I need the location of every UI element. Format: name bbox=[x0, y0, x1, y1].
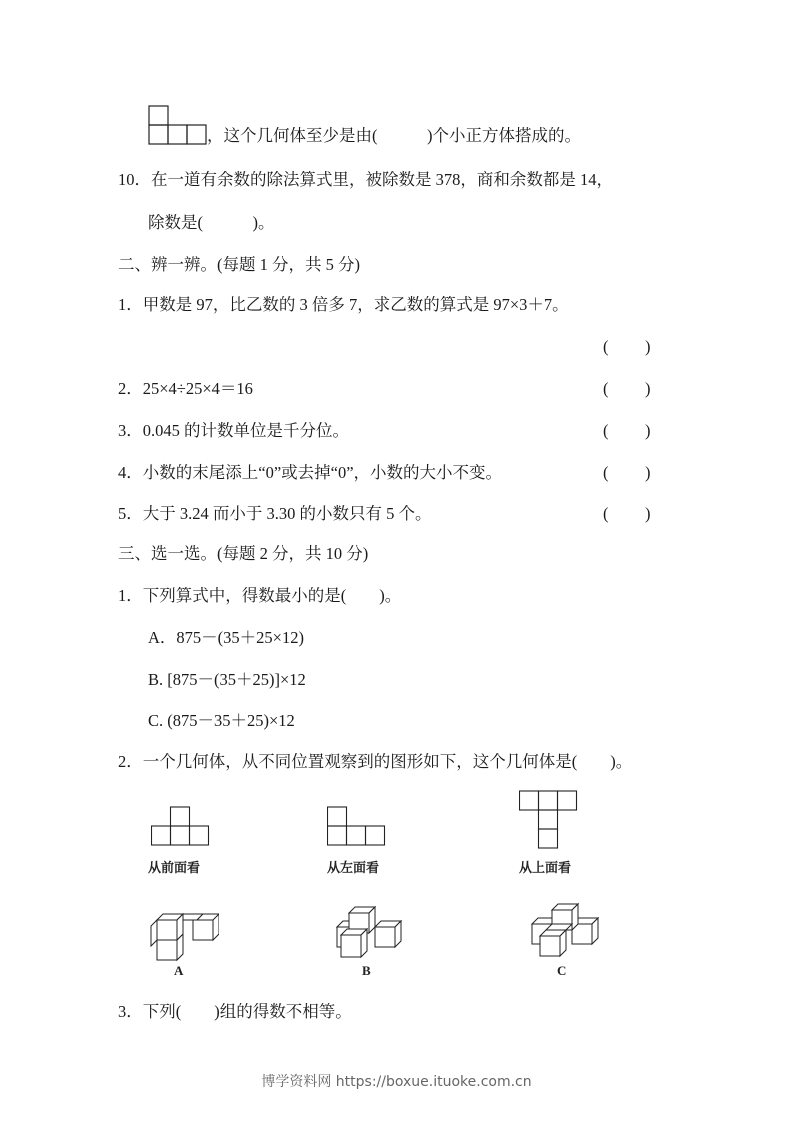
choice-q2-stem: 2．一个几何体，从不同位置观察到的图形如下，这个几何体是( )。 bbox=[118, 751, 632, 773]
top-view-figure bbox=[519, 790, 579, 850]
front-view-figure bbox=[151, 806, 211, 846]
choice-b-label: B bbox=[362, 963, 371, 979]
left-view-caption: 从左面看 bbox=[327, 857, 379, 876]
choice-a-label: A bbox=[174, 963, 183, 979]
front-view-caption: 从前面看 bbox=[148, 857, 200, 876]
section2-heading: 二、辨一辨。(每题 1 分，共 5 分) bbox=[118, 254, 360, 276]
left-view-figure bbox=[327, 806, 387, 846]
judge-item-4: 4．小数的末尾添上“0”或去掉“0”，小数的大小不变。 bbox=[118, 462, 502, 484]
q10-line2: 除数是( )。 bbox=[148, 212, 275, 234]
section3-heading: 三、选一选。(每题 2 分，共 10 分) bbox=[118, 543, 368, 565]
judge-item-1: 1．甲数是 97，比乙数的 3 倍多 7，求乙数的算式是 97×3＋7。 bbox=[118, 294, 569, 316]
choice-b-cube-figure[interactable] bbox=[335, 905, 407, 967]
footer-watermark: 博学资料网 https://boxue.ituoke.com.cn bbox=[0, 1071, 793, 1091]
judge-item-5: 5．大于 3.24 而小于 3.30 的小数只有 5 个。 bbox=[118, 503, 432, 525]
q10-line1: 10．在一道有余数的除法算式里，被除数是 378，商和余数都是 14， bbox=[118, 169, 613, 191]
choice-q1-option-b[interactable]: B. [875－(35＋25)]×12 bbox=[148, 669, 306, 691]
top-view-caption: 从上面看 bbox=[519, 857, 571, 876]
choice-q1-option-a[interactable]: A．875－(35＋25×12) bbox=[148, 627, 304, 649]
choice-q3-stem: 3．下列( )组的得数不相等。 bbox=[118, 1001, 352, 1023]
q9-view-figure bbox=[148, 105, 210, 145]
q9-text: ，这个几何体至少是由( )个小正方体搭成的。 bbox=[207, 125, 581, 147]
judge-item-3: 3．0.045 的计数单位是千分位。 bbox=[118, 420, 349, 442]
choice-c-cube-figure[interactable] bbox=[530, 896, 602, 966]
choice-a-cube-figure[interactable] bbox=[147, 910, 219, 968]
choice-q1-option-c[interactable]: C. (875－35＋25)×12 bbox=[148, 710, 295, 732]
choice-q1-stem: 1．下列算式中，得数最小的是( )。 bbox=[118, 585, 401, 607]
choice-c-label: C bbox=[557, 963, 566, 979]
judge-item-2: 2．25×4÷25×4＝16 bbox=[118, 378, 253, 400]
